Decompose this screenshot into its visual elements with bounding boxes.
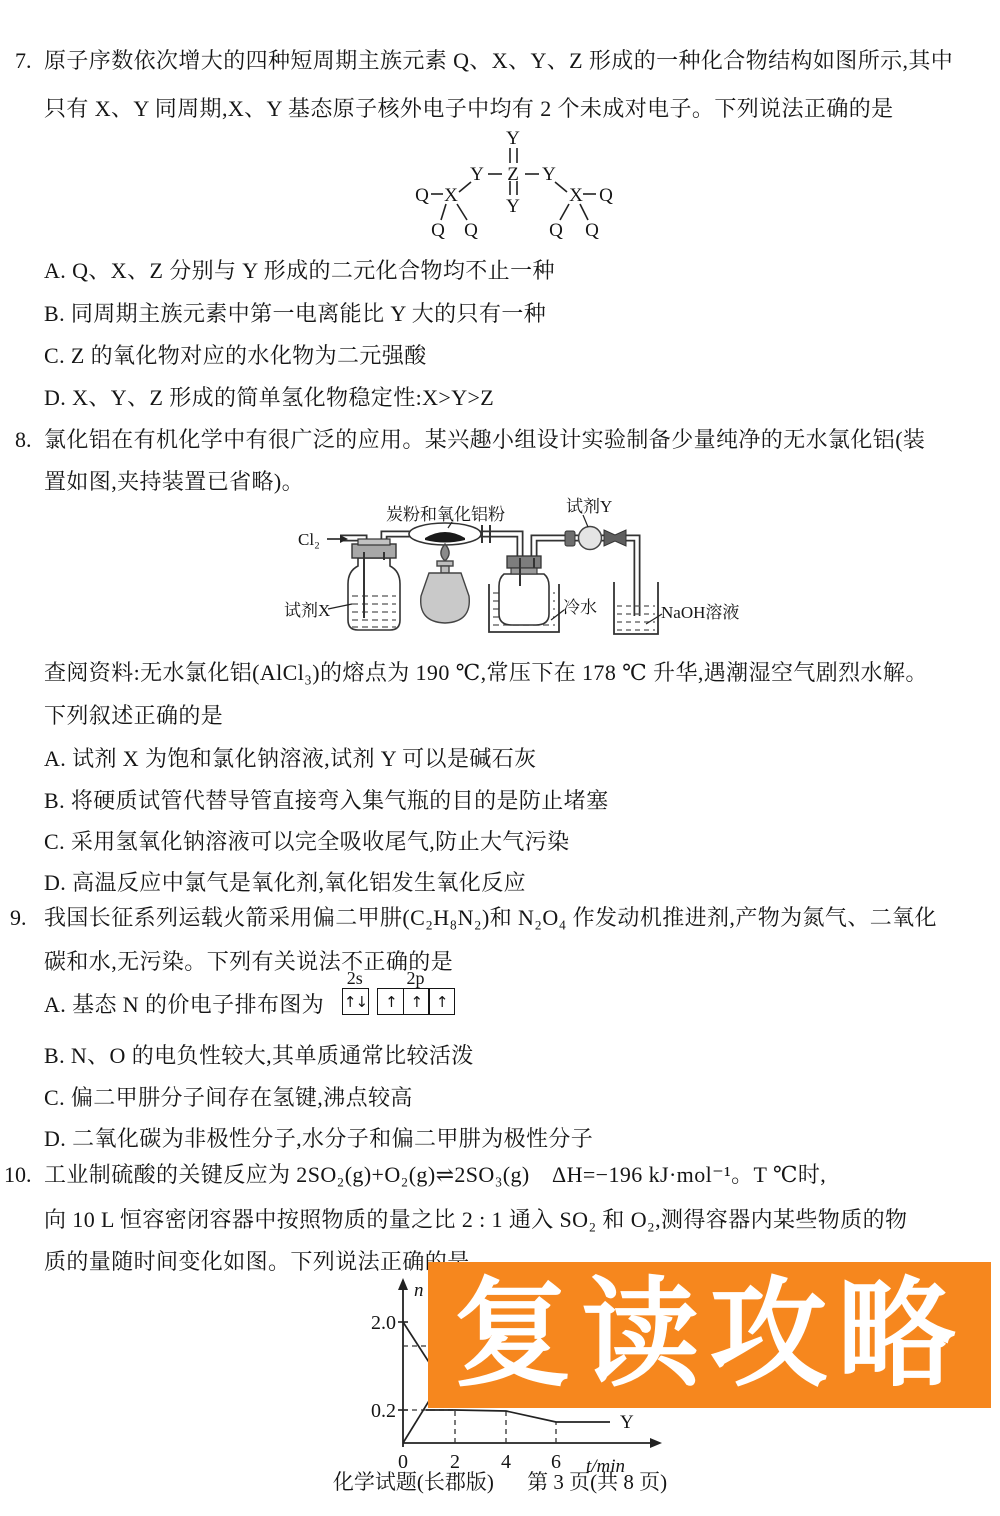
- exam-page: 7. 原子序数依次增大的四种短周期主族元素 Q、X、Y、Z 形成的一种化合物结构…: [0, 0, 1000, 1516]
- atom-q-left-b2: Q: [464, 220, 478, 241]
- orbital-2s-box: ↑↓: [342, 988, 369, 1015]
- atom-q-right-out: Q: [599, 185, 613, 206]
- x-axis-arrow: [650, 1438, 662, 1448]
- q8-number: 8.: [15, 425, 32, 455]
- label-naoh: NaOH溶液: [661, 603, 739, 622]
- q9-option-a-text: A. 基态 N 的价电子排布图为: [44, 990, 324, 1020]
- gas-washing-bottle: [348, 539, 400, 630]
- q8-line-1: 氯化铝在有机化学中有很广泛的应用。某兴趣小组设计实验制备少量纯净的无水氯化铝(装: [44, 425, 925, 455]
- label-cold-water: 冷水: [563, 598, 597, 617]
- q7-option-a: A. Q、X、Z 分别与 Y 形成的二元化合物均不止一种: [44, 256, 555, 286]
- q8-line-2: 置如图,夹持装置已省略)。: [44, 467, 304, 497]
- q7-option-c: C. Z 的氧化物对应的水化物为二元强酸: [44, 341, 427, 371]
- label-cl2: Cl₂: [298, 530, 320, 549]
- q8-info-1: 查阅资料:无水氯化铝(AlCl₃)的熔点为 190 ℃,常压下在 178 ℃ 升…: [44, 658, 928, 688]
- ytick-0.2: 0.2: [371, 1400, 396, 1422]
- orbital-2p-group: 2p ↑ ↑ ↑: [377, 969, 453, 1015]
- orbital-2p-label: 2p: [407, 969, 425, 987]
- q7-line-1: 原子序数依次增大的四种短周期主族元素 Q、X、Y、Z 形成的一种化合物结构如图所…: [44, 46, 953, 76]
- structure-atoms: Y Y Z Y Y X X Q Q Q Q Q Q: [415, 128, 613, 241]
- label-reagent-y: 试剂Y: [566, 497, 612, 516]
- lamp-flame: [441, 544, 449, 561]
- q9-line-1: 我国长征系列运载火箭采用偏二甲肼(C₂H₈N₂)和 N₂O₄ 作发动机推进剂,产…: [44, 903, 937, 933]
- orbital-diagram: 2s ↑↓ 2p ↑ ↑ ↑: [342, 969, 454, 1015]
- q10-number: 10.: [4, 1160, 32, 1190]
- alcohol-lamp: [421, 544, 470, 623]
- y-axis-label: n: [414, 1280, 424, 1301]
- q7-line-2: 只有 X、Y 同周期,X、Y 基态原子核外电子中均有 2 个未成对电子。下列说法…: [44, 94, 894, 124]
- atom-q-right-b1: Q: [549, 220, 563, 241]
- atom-left-x: X: [444, 185, 458, 206]
- rubber-connector: [604, 530, 626, 546]
- collection-bottle: [499, 574, 549, 625]
- atom-q-left-out: Q: [415, 185, 429, 206]
- q9-option-d: D. 二氧化碳为非极性分子,水分子和偏二甲肼为极性分子: [44, 1124, 593, 1154]
- q8-option-a: A. 试剂 X 为饱和氯化钠溶液,试剂 Y 可以是碱石灰: [44, 744, 537, 774]
- collection-stopper: [507, 556, 541, 568]
- orbital-2p-box-3: ↑: [428, 988, 455, 1015]
- series-y: [426, 1410, 610, 1422]
- q9-option-c: C. 偏二甲肼分子间存在氢键,沸点较高: [44, 1083, 413, 1113]
- watermark-text: 复读攻略: [453, 1276, 965, 1394]
- q8-option-d: D. 高温反应中氯气是氧化剂,氧化铝发生氧化反应: [44, 868, 526, 898]
- q10-line-2: 向 10 L 恒容密闭容器中按照物质的量之比 2 : 1 通入 SO₂ 和 O₂…: [44, 1205, 907, 1235]
- atom-right-y: Y: [542, 164, 556, 185]
- orbital-2s-group: 2s ↑↓: [342, 969, 367, 1015]
- q7-number: 7.: [15, 46, 32, 76]
- bottle-stopper: [352, 544, 396, 558]
- watermark-banner: 复读攻略: [428, 1262, 991, 1408]
- cold-water-beaker: [489, 556, 559, 632]
- atom-bottom-y: Y: [506, 196, 520, 217]
- atom-q-left-b1: Q: [431, 220, 445, 241]
- atom-right-x: X: [569, 185, 583, 206]
- q9-number: 9.: [10, 903, 27, 933]
- q8-info-2: 下列叙述正确的是: [44, 701, 223, 731]
- atom-q-right-b2: Q: [585, 220, 599, 241]
- footer-doc-title: 化学试题(长郡版): [333, 1470, 494, 1494]
- y-axis-arrow: [398, 1278, 408, 1290]
- orbital-2s-label: 2s: [347, 969, 363, 987]
- ytick-2.0: 2.0: [371, 1312, 396, 1334]
- q8-apparatus-figure: Cl₂ 试剂X 炭粉和氧化铝粉 试剂Y 冷水 NaOH溶液: [282, 494, 742, 646]
- atom-top-y: Y: [506, 128, 520, 149]
- atom-center-z: Z: [507, 164, 519, 185]
- label-powder: 炭粉和氧化铝粉: [386, 505, 505, 524]
- orbital-2p-box-1: ↑: [377, 988, 404, 1015]
- q10-line-1: 工业制硫酸的关键反应为 2SO₂(g)+O₂(g)⇌2SO₃(g) ΔH=−19…: [44, 1160, 826, 1190]
- q7-option-d: D. X、Y、Z 形成的简单氢化物稳定性:X>Y>Z: [44, 383, 494, 413]
- q8-option-b: B. 将硬质试管代替导管直接弯入集气瓶的目的是防止堵塞: [44, 786, 608, 816]
- lamp-body: [421, 573, 470, 623]
- reagent-y-bulb: [565, 527, 626, 550]
- label-reagent-x: 试剂X: [284, 601, 330, 620]
- q7-structure-figure: Y Y Z Y Y X X Q Q Q Q Q Q: [400, 128, 630, 246]
- orbital-2p-box-2: ↑: [403, 988, 430, 1015]
- page-footer: 化学试题(长郡版) 第 3 页(共 8 页): [0, 1466, 1000, 1496]
- atom-left-y: Y: [470, 164, 484, 185]
- footer-page-number: 第 3 页(共 8 页): [527, 1470, 667, 1494]
- q8-option-c: C. 采用氢氧化钠溶液可以完全吸收尾气,防止大气污染: [44, 827, 570, 857]
- q7-option-b: B. 同周期主族元素中第一电离能比 Y 大的只有一种: [44, 299, 546, 329]
- q9-option-b: B. N、O 的电负性较大,其单质通常比较活泼: [44, 1041, 474, 1071]
- series-y-label: Y: [620, 1412, 634, 1433]
